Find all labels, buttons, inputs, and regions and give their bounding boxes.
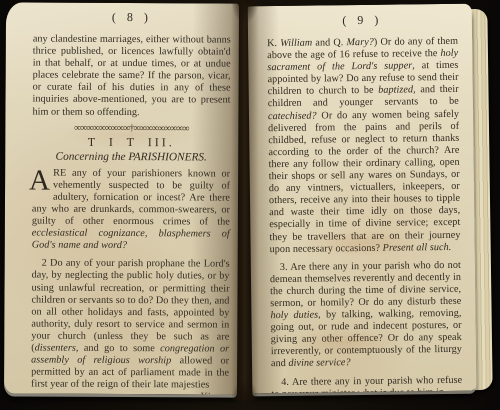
page-number-right: ( 9 ) xyxy=(267,12,458,29)
paragraph-2-lords-day: 2 Do any of your parish prophane the Lor… xyxy=(31,258,230,392)
paragraph-3-demeanour: 3. Are there any in your parish who do n… xyxy=(270,259,462,370)
section-title: T I T III. xyxy=(32,134,230,150)
paragraph-parishioners: ARE any of your parishioners known or ve… xyxy=(32,167,230,253)
right-page-text-block: ( 9 ) K. William and Q. Mary?) Or do any… xyxy=(248,4,477,394)
book-photo: ( 8 ) any clandestine marriages, either … xyxy=(0,0,500,410)
paragraph-parishioners-text: RE any of your parishioners known or veh… xyxy=(32,167,230,251)
section-subtitle: Concerning the PARISHIONERS. xyxy=(32,150,230,163)
page-number-left: ( 8 ) xyxy=(33,10,231,26)
left-page-text-block: ( 8 ) any clandestine marriages, either … xyxy=(4,2,239,394)
paragraph-4-tythes: 4. Are there any in your parish who refu… xyxy=(271,374,462,393)
chain-ornament: ∞∞∞∞∞∞∞∞∞†∞∞∞∞∞∞∞∞∞ xyxy=(32,122,230,134)
book-page-right: ( 9 ) K. William and Q. Mary?) Or do any… xyxy=(248,4,477,394)
paragraph-king-william: K. William and Q. Mary?) Or do any of th… xyxy=(267,36,461,256)
drop-cap-a: A xyxy=(29,168,50,192)
paragraph-clandestine-marriages: any clandestine marriages, either withou… xyxy=(32,34,230,120)
book-page-left: ( 8 ) any clandestine marriages, either … xyxy=(4,2,239,394)
